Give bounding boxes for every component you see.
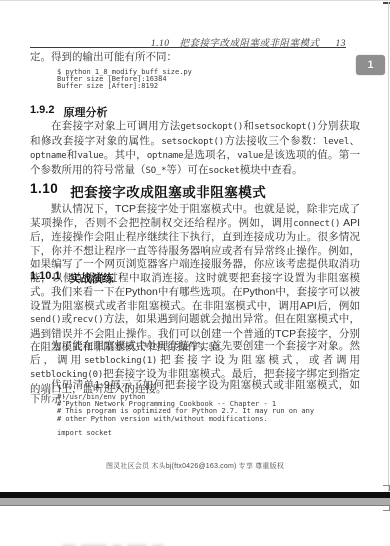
inline-code: recv() <box>72 315 103 325</box>
text-segment: 把套接字设为阻塞模式，或者调用 <box>157 354 360 366</box>
section-heading-1101: 1.10.1 实战演练 <box>30 270 114 286</box>
scan-tick-top <box>383 485 390 491</box>
paragraph-principle: 在套接字对象上可调用方法getsockopt()和setsockopt()分别获… <box>30 120 360 178</box>
text-segment: 在套接字对象上可调用方法 <box>51 120 181 132</box>
scan-right-edge-line <box>388 2 389 504</box>
section-heading-192: 1.9.2 原理分析 <box>30 104 107 120</box>
text-segment: 方法接收三个参数： <box>224 135 323 147</box>
chapter-tab: 1 <box>356 55 385 75</box>
inline-code: SO_* <box>146 166 167 176</box>
inline-code: value <box>237 151 263 161</box>
inline-code: socket <box>208 166 239 176</box>
inline-code: getsockopt() <box>181 122 244 132</box>
text-segment: 和 <box>67 149 78 161</box>
inline-code: setblocking(1) <box>84 356 157 366</box>
heading-title: 把套接字改成阻塞或非阻塞模式 <box>70 181 266 201</box>
text-segment: 和 <box>243 120 254 132</box>
text-segment: 等）可在 <box>166 164 208 176</box>
inline-code: setsockopt() <box>161 137 224 147</box>
section-heading-110: 1.10 把套接字改成阻塞或非阻塞模式 <box>30 181 266 201</box>
heading-title: 原理分析 <box>63 104 107 120</box>
code-block-terminal: $ python 1_8_modify_buff_size.py Buffer … <box>57 69 357 91</box>
inline-code: optname <box>30 151 67 161</box>
scan-tick-bottom <box>383 505 390 511</box>
inline-code: connect() <box>293 219 340 229</box>
footer-watermark: 图灵社区会员 木头bj(ftx0426@163.com) 专享 尊重版权 <box>30 461 360 471</box>
scan-top-edge-line <box>0 0 390 1</box>
text-segment: 。其中， <box>104 149 147 161</box>
inline-code: setsockopt() <box>254 122 317 132</box>
text-segment: 或 <box>61 313 72 325</box>
heading-number: 1.9.2 <box>30 104 54 120</box>
text-segment: 我们来看一下在Python中有哪些选项。在Python中，套接字可以被设置为阻塞… <box>30 286 360 312</box>
inline-code: level <box>323 137 349 147</box>
heading-number: 1.10.1 <box>30 270 61 286</box>
header-rule <box>30 47 346 48</box>
inline-code: value <box>78 151 104 161</box>
chapter-tab-number: 1 <box>367 59 373 71</box>
continuation-line: 定。得到的输出可能有所不同： <box>30 51 360 65</box>
inline-code: optname <box>147 151 184 161</box>
text-segment: 、 <box>349 135 360 147</box>
code-block-listing: #!/usr/bin/env python # Python Network P… <box>57 394 357 437</box>
text-segment: 是选项名， <box>183 149 237 161</box>
text-segment: 模块中查看。 <box>240 164 303 176</box>
page-scan: { "header": { "section_title": "1.10 把套接… <box>0 0 390 546</box>
heading-number: 1.10 <box>30 181 58 201</box>
page-bottom-rule <box>0 505 390 506</box>
heading-title: 实战演练 <box>70 270 114 286</box>
inline-code: send() <box>30 315 61 325</box>
ghost-marks <box>62 538 172 545</box>
